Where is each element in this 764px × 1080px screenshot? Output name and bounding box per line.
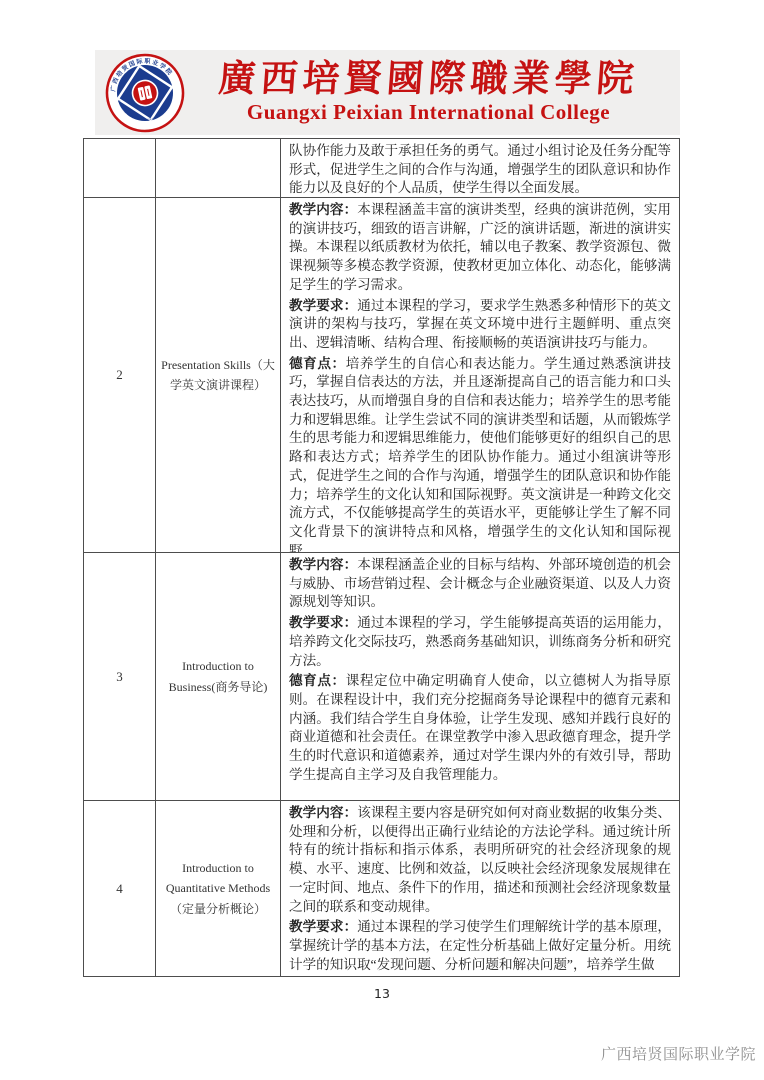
course-detail-cell: 队协作能力及敢于承担任务的勇气。通过小组讨论及任务分配等形式，促进学生之间的合作… <box>281 139 679 197</box>
page-number: 13 <box>0 986 764 1001</box>
course-number-cell: 4 <box>84 801 156 976</box>
course-number-cell: 3 <box>84 553 156 800</box>
course-paragraph: 队协作能力及敢于承担任务的勇气。通过小组讨论及任务分配等形式，促进学生之间的合作… <box>289 142 671 197</box>
course-number: 4 <box>116 881 123 897</box>
college-logo: 广西培贤国际职业学院 GUANGXI PEIXIAN INTERNATIONAL… <box>103 53 187 133</box>
table-row: 4 Introduction to Quantitative Methods（定… <box>84 800 679 976</box>
course-paragraph: 教学要求：通过本课程的学习，学生能够提高英语的运用能力，培养跨文化交际技巧，熟悉… <box>289 614 671 670</box>
course-name-cell <box>156 139 281 197</box>
course-paragraph: 德育点：培养学生的自信心和表达能力。学生通过熟悉演讲技巧，掌握自信表达的方法，并… <box>289 355 671 552</box>
course-number: 2 <box>116 367 123 383</box>
footer-watermark: 广西培贤国际职业学院 <box>601 1043 756 1064</box>
table-row: 队协作能力及敢于承担任务的勇气。通过小组讨论及任务分配等形式，促进学生之间的合作… <box>84 139 679 197</box>
college-header: 广西培贤国际职业学院 GUANGXI PEIXIAN INTERNATIONAL… <box>95 50 680 135</box>
table-row: 3 Introduction to Business(商务导论) 教学内容：本课… <box>84 552 679 800</box>
table-row: 2 Presentation Skills（大学英文演讲课程） 教学内容：本课程… <box>84 197 679 552</box>
course-detail-cell: 教学内容：该课程主要内容是研究如何对商业数据的收集分类、处理和分析，以便得出正确… <box>281 801 679 976</box>
course-detail-cell: 教学内容：本课程涵盖企业的目标与结构、外部环境创造的机会与威胁、市场营销过程、会… <box>281 553 679 800</box>
course-number-cell <box>84 139 156 197</box>
course-paragraph: 教学内容：该课程主要内容是研究如何对商业数据的收集分类、处理和分析，以便得出正确… <box>289 804 671 916</box>
course-name-cell: Presentation Skills（大学英文演讲课程） <box>156 198 281 552</box>
course-detail-cell: 教学内容：本课程涵盖丰富的演讲类型，经典的演讲范例，实用的演讲技巧，细致的语言讲… <box>281 198 679 552</box>
course-paragraph: 德育点：课程定位中确定明确育人使命，以立德树人为指导原则。在课程设计中，我们充分… <box>289 672 671 784</box>
course-name-cell: Introduction to Quantitative Methods（定量分… <box>156 801 281 976</box>
course-paragraph: 教学要求：通过本课程的学习，要求学生熟悉多种情形下的英文演讲的架构与技巧，掌握在… <box>289 297 671 353</box>
course-table: 队协作能力及敢于承担任务的勇气。通过小组讨论及任务分配等形式，促进学生之间的合作… <box>83 138 680 977</box>
course-paragraph: 教学要求：通过本课程的学习使学生们理解统计学的基本原理，掌握统计学的基本方法，在… <box>289 918 671 974</box>
course-name: Introduction to Business(商务导论) <box>158 656 278 697</box>
document-page: 广西培贤国际职业学院 GUANGXI PEIXIAN INTERNATIONAL… <box>0 0 764 1080</box>
college-seal-icon: 广西培贤国际职业学院 GUANGXI PEIXIAN INTERNATIONAL… <box>103 53 187 133</box>
course-name: Introduction to Quantitative Methods（定量分… <box>158 858 278 919</box>
college-name-english: Guangxi Peixian International College <box>187 101 670 124</box>
course-name: Presentation Skills（大学英文演讲课程） <box>158 355 278 396</box>
course-paragraph: 教学内容：本课程涵盖丰富的演讲类型，经典的演讲范例，实用的演讲技巧，细致的语言讲… <box>289 201 671 295</box>
college-name-chinese: 廣西培賢國際職業學院 <box>186 61 672 100</box>
course-number: 3 <box>116 669 123 685</box>
college-titles: 廣西培賢國際職業學院 Guangxi Peixian International… <box>187 61 680 125</box>
course-number-cell: 2 <box>84 198 156 552</box>
course-name-cell: Introduction to Business(商务导论) <box>156 553 281 800</box>
course-paragraph: 教学内容：本课程涵盖企业的目标与结构、外部环境创造的机会与威胁、市场营销过程、会… <box>289 556 671 612</box>
